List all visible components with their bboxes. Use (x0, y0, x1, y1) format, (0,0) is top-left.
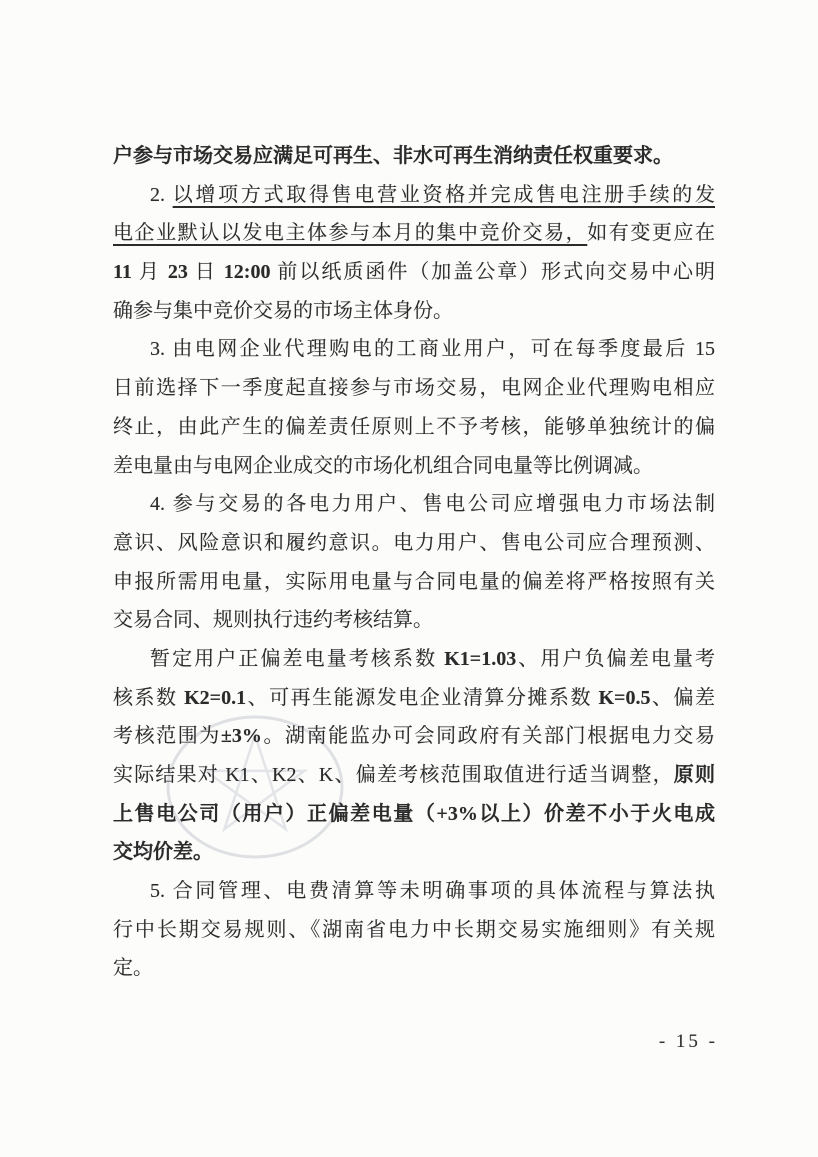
text-line: 考核范围为±3%。湖南能监办可会同政府有关部门根据电力交易 (113, 717, 715, 756)
paragraph: 5. 合同管理、电费清算等未明确事项的具体流程与算法执行中长期交易规则、《湖南省… (113, 872, 715, 988)
text-run: ±3% (221, 725, 262, 747)
text-run: 。湖南能监办可会同政府有关部门根据电力交易 (262, 725, 715, 747)
text-run: 日 (188, 261, 224, 283)
text-line: 实际结果对 K1、K2、K、偏差考核范围取值进行适当调整，原则 (113, 756, 715, 795)
text-run: 日前选择下一季度起直接参与市场交易，电网企业代理购电相应 (113, 377, 715, 399)
text-run: 暂定用户正偏差电量考核系数 (150, 648, 444, 670)
text-line: 定。 (113, 949, 715, 988)
text-run: 交易合同、规则执行违约考核结算。 (113, 609, 433, 631)
text-run: 定。 (113, 957, 153, 979)
text-line: 终止，由此产生的偏差责任原则上不予考核，能够单独统计的偏 (113, 408, 715, 447)
text-line: 意识、风险意识和履约意识。电力用户、售电公司应合理预测、 (113, 524, 715, 563)
text-run: 确参与集中竞价交易的市场主体身份。 (113, 300, 453, 322)
text-run: 4. 参与交易的各电力用户、售电公司应增强电力市场法制 (150, 493, 715, 515)
text-run: 3. 由电网企业代理购电的工商业用户，可在每季度最后 15 (150, 338, 715, 360)
text-line: 核系数 K2=0.1、可再生能源发电企业清算分摊系数 K=0.5、偏差 (113, 679, 715, 718)
text-run: 、用户负偏差电量考 (516, 648, 715, 670)
text-run: 12:00 (224, 261, 271, 283)
paragraph: 2. 以增项方式取得售电营业资格并完成售电注册手续的发电企业默认以发电主体参与本… (113, 176, 715, 331)
text-run: 核系数 (113, 687, 184, 709)
text-run: 、可再生能源发电企业清算分摊系数 (246, 687, 598, 709)
text-run: 户参与市场交易应满足可再生、非水可再生消纳责任权重要求。 (113, 145, 673, 167)
text-line: 2. 以增项方式取得售电营业资格并完成售电注册手续的发 (113, 176, 715, 215)
text-line: 交均价差。 (113, 833, 715, 872)
text-run: 原则 (674, 764, 715, 786)
text-run: K=0.5 (599, 687, 651, 709)
text-line: 3. 由电网企业代理购电的工商业用户，可在每季度最后 15 (113, 330, 715, 369)
text-line: 电企业默认以发电主体参与本月的集中竞价交易，如有变更应在 (113, 214, 715, 253)
text-line: 暂定用户正偏差电量考核系数 K1=1.03、用户负偏差电量考 (113, 640, 715, 679)
text-line: 4. 参与交易的各电力用户、售电公司应增强电力市场法制 (113, 485, 715, 524)
text-run: 电企业默认以发电主体参与本月的集中竞价交易， (113, 222, 587, 244)
text-run: 23 (168, 261, 188, 283)
text-run: 考核范围为 (113, 725, 221, 747)
text-line: 行中长期交易规则、《湖南省电力中长期交易实施细则》有关规 (113, 911, 715, 950)
text-run: 前以纸质函件（加盖公章）形式向交易中心明 (270, 261, 715, 283)
text-run: 11 (113, 261, 132, 283)
paragraph: 4. 参与交易的各电力用户、售电公司应增强电力市场法制意识、风险意识和履约意识。… (113, 485, 715, 640)
page-number: - 15 - (659, 1031, 718, 1053)
text-run: 2. (150, 184, 173, 206)
text-run: 意识、风险意识和履约意识。电力用户、售电公司应合理预测、 (113, 532, 715, 554)
text-line: 上售电公司（用户）正偏差电量（+3%以上）价差不小于火电成 (113, 795, 715, 834)
text-run: 实际结果对 K1、K2、K、偏差考核范围取值进行适当调整， (113, 764, 674, 786)
text-run: 如有变更应在 (587, 222, 715, 244)
text-line: 确参与集中竞价交易的市场主体身份。 (113, 292, 715, 331)
text-run: 以增项方式取得售电营业资格并完成售电注册手续的发 (173, 184, 715, 206)
text-run: 交均价差。 (113, 841, 213, 863)
document-page: 户参与市场交易应满足可再生、非水可再生消纳责任权重要求。2. 以增项方式取得售电… (0, 0, 818, 1157)
text-run: 5. 合同管理、电费清算等未明确事项的具体流程与算法执 (150, 880, 715, 902)
text-run: 、偏差 (650, 687, 715, 709)
text-line: 申报所需用电量，实际用电量与合同电量的偏差将严格按照有关 (113, 563, 715, 602)
text-line: 11 月 23 日 12:00 前以纸质函件（加盖公章）形式向交易中心明 (113, 253, 715, 292)
text-run: 月 (132, 261, 168, 283)
paragraph: 3. 由电网企业代理购电的工商业用户，可在每季度最后 15日前选择下一季度起直接… (113, 330, 715, 485)
text-run: 申报所需用电量，实际用电量与合同电量的偏差将严格按照有关 (113, 571, 715, 593)
text-run: 行中长期交易规则、《湖南省电力中长期交易实施细则》有关规 (113, 919, 715, 941)
text-line: 日前选择下一季度起直接参与市场交易，电网企业代理购电相应 (113, 369, 715, 408)
text-line: 差电量由与电网企业成交的市场化机组合同电量等比例调减。 (113, 447, 715, 486)
document-body: 户参与市场交易应满足可再生、非水可再生消纳责任权重要求。2. 以增项方式取得售电… (113, 137, 715, 988)
text-line: 5. 合同管理、电费清算等未明确事项的具体流程与算法执 (113, 872, 715, 911)
text-line: 户参与市场交易应满足可再生、非水可再生消纳责任权重要求。 (113, 137, 715, 176)
text-run: K1=1.03 (444, 648, 516, 670)
paragraph: 暂定用户正偏差电量考核系数 K1=1.03、用户负偏差电量考核系数 K2=0.1… (113, 640, 715, 872)
text-run: 终止，由此产生的偏差责任原则上不予考核，能够单独统计的偏 (113, 416, 715, 438)
text-run: K2=0.1 (184, 687, 246, 709)
paragraph: 户参与市场交易应满足可再生、非水可再生消纳责任权重要求。 (113, 137, 715, 176)
text-run: 上售电公司（用户）正偏差电量（+3%以上）价差不小于火电成 (113, 803, 715, 825)
text-run: 差电量由与电网企业成交的市场化机组合同电量等比例调减。 (113, 455, 653, 477)
text-line: 交易合同、规则执行违约考核结算。 (113, 601, 715, 640)
